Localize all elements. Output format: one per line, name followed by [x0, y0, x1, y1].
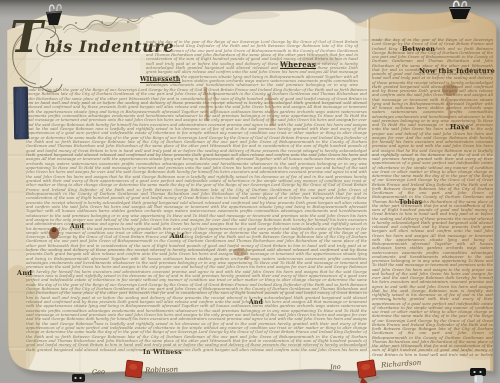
wax-seal-left: [124, 360, 146, 382]
revenue-stamp: [14, 87, 29, 139]
attachments-layer: [0, 0, 500, 383]
binder-clip-top-right: [449, 1, 471, 23]
clip-bottom-right: [470, 368, 486, 383]
photo-of-indenture: This Indenture made the day of in the ye…: [0, 0, 500, 383]
wax-seal-right: [355, 359, 380, 383]
binder-clip-top-left: [45, 5, 63, 29]
clip-bottom-left: [72, 374, 85, 382]
